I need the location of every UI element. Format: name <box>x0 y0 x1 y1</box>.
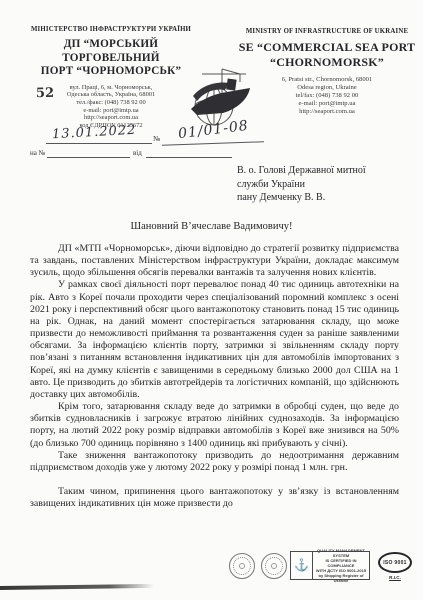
header-english: MINISTRY OF INFRASTRUCTURE OF UKRAINE SE… <box>236 28 418 116</box>
org-name-ua: ДП “МОРСЬКИЙ ТОРГОВЕЛЬНИЙ ПОРТ “ЧОРНОМОР… <box>28 38 194 79</box>
certification-round-seal-1 <box>229 553 255 579</box>
scanned-letter-page: МІНІСТЕРСТВО ІНФРАСТРУКТУРИ УКРАЇНИ ДП “… <box>0 0 423 600</box>
certificate-text-line: IS CERTIFIED IN COMPLIANCE <box>314 558 368 568</box>
org-name-ua-line1: ДП “МОРСЬКИЙ ТОРГОВЕЛЬНИЙ <box>28 38 194 65</box>
ref-underline <box>162 141 264 146</box>
body-paragraph: Крім того, затарювання складу веде до за… <box>30 401 399 450</box>
iso-9001-seal: ISO 9001 <box>378 552 412 573</box>
address-line: http://seaport.com.ua <box>236 108 418 116</box>
anchor-icon: ⚓ <box>291 552 313 579</box>
address-line: Odesa region, Ukraine <box>236 84 418 92</box>
letter-body: ДП «МТП «Чорноморськ», діючи відповідно … <box>30 243 399 510</box>
recipient-block: В. о. Голові Державної митноїслужби Укра… <box>237 164 409 205</box>
body-paragraph: ДП «МТП «Чорноморськ», діючи відповідно … <box>30 243 399 279</box>
certificate-text-line: QUALITY MANAGEMENT SYSTEM <box>314 548 368 558</box>
address-line: http://seaport.com.ua <box>28 114 194 122</box>
date-underline <box>46 143 152 144</box>
recipient-line: В. о. Голові Державної митної <box>237 164 409 178</box>
address-line: 6, Pratsi str., Chornomorsk, 68001 <box>236 76 418 84</box>
ministry-line-en: MINISTRY OF INFRASTRUCTURE OF UKRAINE <box>236 28 418 35</box>
quality-certificate-box: ⚓ QUALITY MANAGEMENT SYSTEMIS CERTIFIED … <box>290 551 370 580</box>
iso-seal-subtext: R.I.C. <box>378 575 412 580</box>
certificate-text-line: by Shipping Register of Ukraine <box>314 573 368 583</box>
reply-to-number-label: на № <box>30 149 45 157</box>
certificate-text: QUALITY MANAGEMENT SYSTEMIS CERTIFIED IN… <box>313 552 369 579</box>
address-line: e-mail: port@imtp.ua <box>236 100 418 108</box>
reply-date-label: від <box>133 149 142 157</box>
recipient-line: пану Демченку В. В. <box>237 191 409 205</box>
org-name-ua-line2: ПОРТ “ЧОРНОМОРСЬК” <box>28 65 194 79</box>
address-line: tel/fax: (048) 738 92 00 <box>236 92 418 100</box>
address-line: e-mail: port@imtp.ua <box>28 107 194 115</box>
org-name-en-line2: “CHORNOMORSK” <box>236 55 418 70</box>
header-ukrainian: МІНІСТЕРСТВО ІНФРАСТРУКТУРИ УКРАЇНИ ДП “… <box>28 26 194 130</box>
org-name-en: SE “COMMERCIAL SEA PORT “CHORNOMORSK” <box>236 40 418 70</box>
handwritten-date: 13.01.2022 <box>52 123 137 142</box>
scan-shadow-artifact <box>0 584 154 590</box>
certification-round-seal-2 <box>261 553 287 579</box>
number-sign: № <box>153 134 160 143</box>
incoming-number-note: 52 <box>36 86 54 101</box>
org-name-en-line1: SE “COMMERCIAL SEA PORT <box>236 40 418 55</box>
salutation: Шановний В’ячеславе Вадимовичу! <box>0 221 423 232</box>
body-paragraph: У рамках своєї діяльності порт перевалює… <box>30 279 399 401</box>
ministry-line-ua: МІНІСТЕРСТВО ІНФРАСТРУКТУРИ УКРАЇНИ <box>28 26 194 33</box>
body-paragraph: Таким чином, припинення цього вантажопот… <box>30 486 399 510</box>
reply-date-underline <box>146 157 232 158</box>
body-paragraph: Таке зниження вантажопотоку призводить д… <box>30 450 399 474</box>
address-block-en: 6, Pratsi str., Chornomorsk, 68001Odesa … <box>236 76 418 116</box>
reply-number-underline <box>47 157 130 158</box>
recipient-line: служби України <box>237 178 409 192</box>
